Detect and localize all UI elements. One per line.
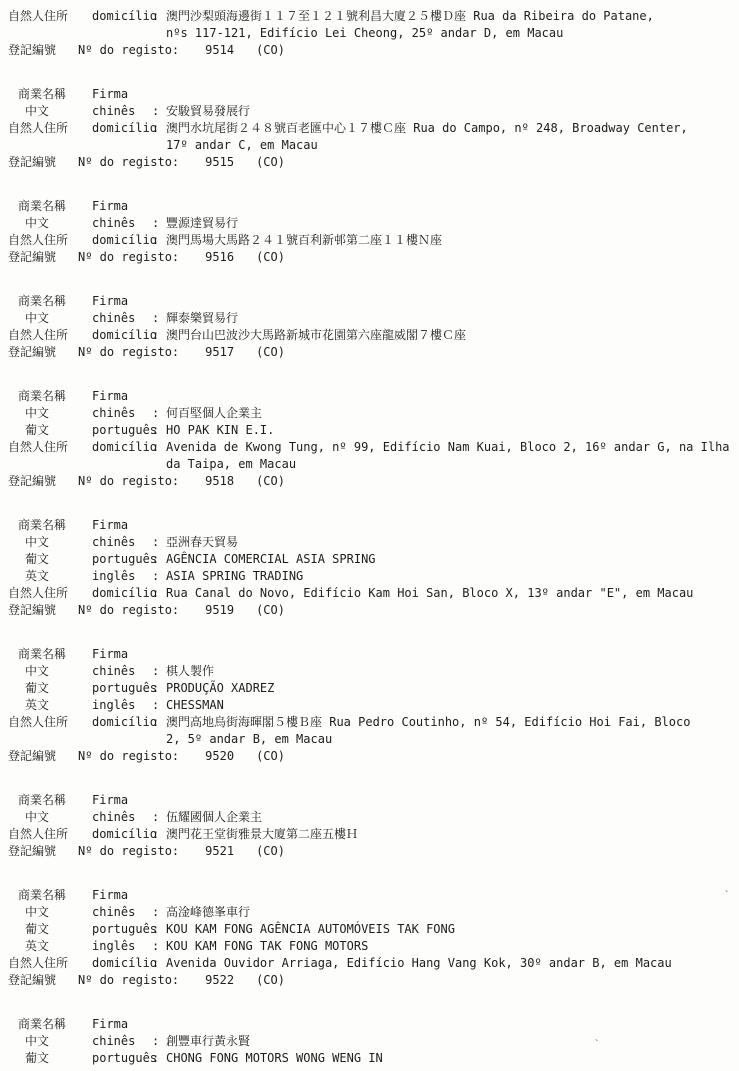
portuguese-name-value: CHONG FONG MOTORS WONG WENG IN [166, 1050, 731, 1067]
value-line: 伍耀國個人企業主 [166, 809, 731, 826]
separator-colon: : [152, 422, 166, 439]
english-name-row-label-zh: 英文 [8, 697, 92, 714]
registration-number-row: 登記編號Nº do registo:9514(CO) [8, 42, 731, 59]
value-line: 澳門水坑尾街２４８號百老匯中心１７樓Ｃ座 Rua do Campo, nº 24… [166, 120, 731, 137]
address-row-label-pt: domicílio [92, 826, 152, 843]
chinese-name-value: 棋人製作 [166, 663, 731, 680]
registration-number: 9515 [205, 154, 234, 171]
separator-colon: : [152, 714, 166, 731]
firma-header-row: 商業名稱Firma [8, 517, 731, 534]
address-row-label-zh: 自然人住所 [8, 439, 92, 456]
address-row-label-zh: 自然人住所 [8, 327, 92, 344]
address-value: Avenida Ouvidor Arriaga, Edifício Hang V… [166, 955, 731, 972]
chinese-name-value: 何百堅個人企業主 [166, 405, 731, 422]
separator-colon: : [152, 215, 166, 232]
chinese-name-row: 中文chinês:何百堅個人企業主 [8, 405, 731, 422]
portuguese-name-row-label-zh: 葡文 [8, 1050, 92, 1067]
address-row: 自然人住所domicílio:澳門馬場大馬路２４１號百利新邨第二座１１樓Ｎ座 [8, 232, 731, 249]
registration-suffix: (CO) [256, 249, 285, 266]
chinese-name-row: 中文chinês:豐源達貿易行 [8, 215, 731, 232]
value-line: 澳門馬場大馬路２４１號百利新邨第二座１１樓Ｎ座 [166, 232, 731, 249]
english-name-value: ASIA SPRING TRADING [166, 568, 731, 585]
chinese-name-value: 創豐車行黃永賢 [166, 1033, 731, 1050]
registration-label-pt: Nº do registo: [78, 972, 179, 989]
address-row-label-zh: 自然人住所 [8, 120, 92, 137]
chinese-name-row: 中文chinês:高淦峰德峯車行 [8, 904, 731, 921]
value-line: 17º andar C, em Macau [166, 137, 731, 154]
chinese-name-row-label-zh: 中文 [8, 310, 92, 327]
value-line: 棋人製作 [166, 663, 731, 680]
registration-number: 9517 [205, 344, 234, 361]
chinese-name-row-label-pt: chinês [92, 534, 152, 551]
registration-number-row: 登記編號Nº do registo:9522(CO) [8, 972, 731, 989]
address-value: 澳門花王堂街雅景大廈第二座五樓Ｈ [166, 826, 731, 843]
firma-header-row: 商業名稱Firma [8, 1016, 731, 1033]
firma-header-row-label-zh: 商業名稱 [8, 388, 92, 405]
firma-header-row-label-pt: Firma [92, 887, 152, 904]
address-row-label-zh: 自然人住所 [8, 8, 92, 25]
value-line: 創豐車行黃永賢 [166, 1033, 731, 1050]
firma-header-row: 商業名稱Firma [8, 293, 731, 310]
separator-colon: : [152, 534, 166, 551]
separator-colon: : [152, 697, 166, 714]
address-row-label-zh: 自然人住所 [8, 714, 92, 731]
address-row: 自然人住所domicílio:澳門花王堂街雅景大廈第二座五樓Ｈ [8, 826, 731, 843]
firma-header-row: 商業名稱Firma [8, 887, 731, 904]
registration-label-pt: Nº do registo: [78, 473, 179, 490]
registry-entry: 商業名稱Firma中文chinês:創豐車行黃永賢葡文português:CHO… [8, 1016, 731, 1067]
separator-colon: : [152, 904, 166, 921]
address-row-label-pt: domicílio [92, 232, 152, 249]
address-row: 自然人住所domicílio:澳門台山巴波沙大馬路新城市花園第六座龍威閣７樓Ｃ座 [8, 327, 731, 344]
registration-number: 9518 [205, 473, 234, 490]
address-row-label-zh: 自然人住所 [8, 585, 92, 602]
english-name-row: 英文inglês:CHESSMAN [8, 697, 731, 714]
address-row-label-zh: 自然人住所 [8, 955, 92, 972]
address-row-label-pt: domicílio [92, 439, 152, 456]
english-name-row: 英文inglês:KOU KAM FONG TAK FONG MOTORS [8, 938, 731, 955]
chinese-name-value: 亞洲春天貿易 [166, 534, 731, 551]
firma-header-row: 商業名稱Firma [8, 646, 731, 663]
value-line: nºs 117-121, Edifício Lei Cheong, 25º an… [166, 25, 731, 42]
english-name-row-label-zh: 英文 [8, 568, 92, 585]
registration-number-row: 登記編號Nº do registo:9520(CO) [8, 748, 731, 765]
portuguese-name-row-label-pt: português [92, 680, 152, 697]
registration-number-row: 登記編號Nº do registo:9519(CO) [8, 602, 731, 619]
address-value: 澳門馬場大馬路２４１號百利新邨第二座１１樓Ｎ座 [166, 232, 731, 249]
separator-colon: : [152, 327, 166, 344]
chinese-name-value: 高淦峰德峯車行 [166, 904, 731, 921]
portuguese-name-value: PRODUÇÃO XADREZ [166, 680, 731, 697]
separator-colon: : [152, 826, 166, 843]
firma-header-row-label-zh: 商業名稱 [8, 1016, 92, 1033]
address-row-label-pt: domicílio [92, 8, 152, 25]
registration-label-zh: 登記編號 [8, 602, 78, 619]
separator-colon: : [152, 921, 166, 938]
registration-label-zh: 登記編號 [8, 843, 78, 860]
separator-colon: : [152, 232, 166, 249]
scan-artifact: ` [594, 1040, 600, 1050]
registry-entry: 商業名稱Firma中文chinês:亞洲春天貿易葡文português:AGÊN… [8, 517, 731, 619]
separator-colon: : [152, 120, 166, 137]
registration-suffix: (CO) [256, 972, 285, 989]
value-line: 澳門高地烏街海暉閣５樓Ｂ座 Rua Pedro Coutinho, nº 54,… [166, 714, 731, 731]
chinese-name-row-label-pt: chinês [92, 1033, 152, 1050]
address-row: 自然人住所domicílio:澳門沙梨頭海邊街１１７至１２１號利昌大廈２５樓Ｄ座… [8, 8, 731, 42]
portuguese-name-row-label-zh: 葡文 [8, 680, 92, 697]
registration-suffix: (CO) [256, 602, 285, 619]
value-line: 安駿貿易發展行 [166, 103, 731, 120]
value-line: CHESSMAN [166, 697, 731, 714]
chinese-name-row-label-pt: chinês [92, 310, 152, 327]
firma-header-row-label-pt: Firma [92, 517, 152, 534]
portuguese-name-row: 葡文português:CHONG FONG MOTORS WONG WENG … [8, 1050, 731, 1067]
registry-entry: 商業名稱Firma中文chinês:輝泰樂貿易行自然人住所domicílio:澳… [8, 293, 731, 361]
registration-label-zh: 登記編號 [8, 154, 78, 171]
separator-colon: : [152, 439, 166, 456]
value-line: KOU KAM FONG TAK FONG MOTORS [166, 938, 731, 955]
value-line: 何百堅個人企業主 [166, 405, 731, 422]
registration-number-row: 登記編號Nº do registo:9517(CO) [8, 344, 731, 361]
firma-header-row-label-pt: Firma [92, 198, 152, 215]
english-name-row: 英文inglês:ASIA SPRING TRADING [8, 568, 731, 585]
chinese-name-row: 中文chinês:安駿貿易發展行 [8, 103, 731, 120]
separator-colon: : [152, 809, 166, 826]
address-row-label-pt: domicílio [92, 955, 152, 972]
registration-label-pt: Nº do registo: [78, 154, 179, 171]
separator-colon: : [152, 1033, 166, 1050]
registry-entry: 商業名稱Firma中文chinês:安駿貿易發展行自然人住所domicílio:… [8, 86, 731, 171]
registration-suffix: (CO) [256, 843, 285, 860]
separator-colon: : [152, 103, 166, 120]
portuguese-name-value: HO PAK KIN E.I. [166, 422, 731, 439]
registration-number-row: 登記編號Nº do registo:9516(CO) [8, 249, 731, 266]
english-name-row-label-pt: inglês [92, 697, 152, 714]
value-line: 高淦峰德峯車行 [166, 904, 731, 921]
chinese-name-value: 安駿貿易發展行 [166, 103, 731, 120]
value-line: HO PAK KIN E.I. [166, 422, 731, 439]
firma-header-row-label-zh: 商業名稱 [8, 293, 92, 310]
firma-header-row-label-zh: 商業名稱 [8, 646, 92, 663]
value-line: KOU KAM FONG AGÊNCIA AUTOMÓVEIS TAK FONG [166, 921, 731, 938]
address-row-label-pt: domicílio [92, 120, 152, 137]
address-value: 澳門沙梨頭海邊街１１７至１２１號利昌大廈２５樓Ｄ座 Rua da Ribeira… [166, 8, 731, 42]
registration-number: 9520 [205, 748, 234, 765]
firma-header-row-label-zh: 商業名稱 [8, 198, 92, 215]
chinese-name-row-label-zh: 中文 [8, 215, 92, 232]
chinese-name-row: 中文chinês:輝泰樂貿易行 [8, 310, 731, 327]
firma-header-row: 商業名稱Firma [8, 792, 731, 809]
registration-number: 9522 [205, 972, 234, 989]
registration-label-zh: 登記編號 [8, 473, 78, 490]
portuguese-name-value: KOU KAM FONG AGÊNCIA AUTOMÓVEIS TAK FONG [166, 921, 731, 938]
value-line: 澳門台山巴波沙大馬路新城市花園第六座龍威閣７樓Ｃ座 [166, 327, 731, 344]
address-row-label-pt: domicílio [92, 714, 152, 731]
portuguese-name-row: 葡文português:AGÊNCIA COMERCIAL ASIA SPRIN… [8, 551, 731, 568]
value-line: AGÊNCIA COMERCIAL ASIA SPRING [166, 551, 731, 568]
chinese-name-row: 中文chinês:棋人製作 [8, 663, 731, 680]
firma-header-row-label-pt: Firma [92, 646, 152, 663]
registration-label-pt: Nº do registo: [78, 42, 179, 59]
value-line: Avenida de Kwong Tung, nº 99, Edifício N… [166, 439, 731, 456]
registration-label-pt: Nº do registo: [78, 748, 179, 765]
value-line: 2, 5º andar B, em Macau [166, 731, 731, 748]
registration-number-row: 登記編號Nº do registo:9515(CO) [8, 154, 731, 171]
registration-number: 9514 [205, 42, 234, 59]
portuguese-name-row-label-zh: 葡文 [8, 921, 92, 938]
address-value: 澳門高地烏街海暉閣５樓Ｂ座 Rua Pedro Coutinho, nº 54,… [166, 714, 731, 748]
firma-header-row-label-pt: Firma [92, 1016, 152, 1033]
portuguese-name-row-label-pt: português [92, 422, 152, 439]
registration-suffix: (CO) [256, 42, 285, 59]
chinese-name-row-label-pt: chinês [92, 103, 152, 120]
registration-number: 9519 [205, 602, 234, 619]
firma-header-row-label-pt: Firma [92, 293, 152, 310]
firma-header-row: 商業名稱Firma [8, 86, 731, 103]
chinese-name-row-label-pt: chinês [92, 809, 152, 826]
separator-colon: : [152, 405, 166, 422]
portuguese-name-row-label-pt: português [92, 551, 152, 568]
chinese-name-row-label-zh: 中文 [8, 405, 92, 422]
registration-label-zh: 登記編號 [8, 344, 78, 361]
registration-label-pt: Nº do registo: [78, 344, 179, 361]
english-name-value: CHESSMAN [166, 697, 731, 714]
separator-colon: : [152, 1050, 166, 1067]
address-row-label-pt: domicílio [92, 327, 152, 344]
chinese-name-row-label-pt: chinês [92, 405, 152, 422]
value-line: PRODUÇÃO XADREZ [166, 680, 731, 697]
firma-header-row-label-zh: 商業名稱 [8, 517, 92, 534]
separator-colon: : [152, 938, 166, 955]
chinese-name-value: 輝泰樂貿易行 [166, 310, 731, 327]
address-row: 自然人住所domicílio:澳門高地烏街海暉閣５樓Ｂ座 Rua Pedro C… [8, 714, 731, 748]
registration-label-zh: 登記編號 [8, 748, 78, 765]
firma-header-row-label-pt: Firma [92, 792, 152, 809]
firma-header-row-label-zh: 商業名稱 [8, 792, 92, 809]
chinese-name-row-label-pt: chinês [92, 215, 152, 232]
chinese-name-row-label-zh: 中文 [8, 1033, 92, 1050]
registry-entry: 商業名稱Firma中文chinês:豐源達貿易行自然人住所domicílio:澳… [8, 198, 731, 266]
portuguese-name-value: AGÊNCIA COMERCIAL ASIA SPRING [166, 551, 731, 568]
registration-suffix: (CO) [256, 748, 285, 765]
value-line: 亞洲春天貿易 [166, 534, 731, 551]
value-line: Avenida Ouvidor Arriaga, Edifício Hang V… [166, 955, 731, 972]
chinese-name-row: 中文chinês:伍耀國個人企業主 [8, 809, 731, 826]
registration-label-pt: Nº do registo: [78, 602, 179, 619]
chinese-name-row-label-zh: 中文 [8, 534, 92, 551]
chinese-name-row-label-pt: chinês [92, 904, 152, 921]
address-row: 自然人住所domicílio:Avenida de Kwong Tung, nº… [8, 439, 731, 473]
registration-number-row: 登記編號Nº do registo:9518(CO) [8, 473, 731, 490]
portuguese-name-row-label-pt: português [92, 921, 152, 938]
address-row: 自然人住所domicílio:Avenida Ouvidor Arriaga, … [8, 955, 731, 972]
chinese-name-row-label-zh: 中文 [8, 904, 92, 921]
registry-entries-list: 自然人住所domicílio:澳門沙梨頭海邊街１１７至１２１號利昌大廈２５樓Ｄ座… [8, 8, 731, 1067]
address-row: 自然人住所domicílio:Rua Canal do Novo, Edifíc… [8, 585, 731, 602]
english-name-value: KOU KAM FONG TAK FONG MOTORS [166, 938, 731, 955]
chinese-name-row: 中文chinês:亞洲春天貿易 [8, 534, 731, 551]
chinese-name-row: 中文chinês:創豐車行黃永賢 [8, 1033, 731, 1050]
separator-colon: : [152, 585, 166, 602]
chinese-name-row-label-zh: 中文 [8, 663, 92, 680]
scan-artifact: ` [724, 891, 730, 901]
registration-label-pt: Nº do registo: [78, 843, 179, 860]
portuguese-name-row: 葡文português:PRODUÇÃO XADREZ [8, 680, 731, 697]
address-value: Rua Canal do Novo, Edifício Kam Hoi San,… [166, 585, 731, 602]
firma-header-row-label-zh: 商業名稱 [8, 887, 92, 904]
registry-entry: 商業名稱Firma中文chinês:棋人製作葡文português:PRODUÇ… [8, 646, 731, 765]
separator-colon: : [152, 955, 166, 972]
scanned-registry-page: 自然人住所domicílio:澳門沙梨頭海邊街１１７至１２１號利昌大廈２５樓Ｄ座… [0, 0, 739, 1071]
value-line: CHONG FONG MOTORS WONG WENG IN [166, 1050, 731, 1067]
registration-number: 9516 [205, 249, 234, 266]
address-row-label-pt: domicílio [92, 585, 152, 602]
separator-colon: : [152, 663, 166, 680]
registration-label-zh: 登記編號 [8, 249, 78, 266]
separator-colon: : [152, 568, 166, 585]
firma-header-row-label-pt: Firma [92, 86, 152, 103]
registration-suffix: (CO) [256, 154, 285, 171]
portuguese-name-row: 葡文português:HO PAK KIN E.I. [8, 422, 731, 439]
address-value: Avenida de Kwong Tung, nº 99, Edifício N… [166, 439, 731, 473]
separator-colon: : [152, 680, 166, 697]
value-line: 澳門沙梨頭海邊街１１７至１２１號利昌大廈２５樓Ｄ座 Rua da Ribeira… [166, 8, 731, 25]
value-line: 豐源達貿易行 [166, 215, 731, 232]
registration-number: 9521 [205, 843, 234, 860]
portuguese-name-row: 葡文português:KOU KAM FONG AGÊNCIA AUTOMÓV… [8, 921, 731, 938]
value-line: ASIA SPRING TRADING [166, 568, 731, 585]
registration-suffix: (CO) [256, 473, 285, 490]
registration-number-row: 登記編號Nº do registo:9521(CO) [8, 843, 731, 860]
english-name-row-label-pt: inglês [92, 938, 152, 955]
address-value: 澳門台山巴波沙大馬路新城市花園第六座龍威閣７樓Ｃ座 [166, 327, 731, 344]
registration-label-zh: 登記編號 [8, 42, 78, 59]
registry-entry: 商業名稱Firma中文chinês:高淦峰德峯車行葡文português:KOU… [8, 887, 731, 989]
value-line: da Taipa, em Macau [166, 456, 731, 473]
address-row: 自然人住所domicílio:澳門水坑尾街２４８號百老匯中心１７樓Ｃ座 Rua … [8, 120, 731, 154]
portuguese-name-row-label-pt: português [92, 1050, 152, 1067]
registration-label-zh: 登記編號 [8, 972, 78, 989]
firma-header-row-label-zh: 商業名稱 [8, 86, 92, 103]
value-line: 輝泰樂貿易行 [166, 310, 731, 327]
registration-label-pt: Nº do registo: [78, 249, 179, 266]
english-name-row-label-zh: 英文 [8, 938, 92, 955]
chinese-name-value: 豐源達貿易行 [166, 215, 731, 232]
registry-entry: 商業名稱Firma中文chinês:何百堅個人企業主葡文português:HO… [8, 388, 731, 490]
address-row-label-zh: 自然人住所 [8, 232, 92, 249]
separator-colon: : [152, 551, 166, 568]
chinese-name-row-label-zh: 中文 [8, 103, 92, 120]
value-line: Rua Canal do Novo, Edifício Kam Hoi San,… [166, 585, 731, 602]
firma-header-row: 商業名稱Firma [8, 198, 731, 215]
english-name-row-label-pt: inglês [92, 568, 152, 585]
address-row-label-zh: 自然人住所 [8, 826, 92, 843]
separator-colon: : [152, 8, 166, 25]
chinese-name-row-label-zh: 中文 [8, 809, 92, 826]
registry-entry: 商業名稱Firma中文chinês:伍耀國個人企業主自然人住所domicílio… [8, 792, 731, 860]
firma-header-row: 商業名稱Firma [8, 388, 731, 405]
firma-header-row-label-pt: Firma [92, 388, 152, 405]
registry-entry: 自然人住所domicílio:澳門沙梨頭海邊街１１７至１２１號利昌大廈２５樓Ｄ座… [8, 8, 731, 59]
address-value: 澳門水坑尾街２４８號百老匯中心１７樓Ｃ座 Rua do Campo, nº 24… [166, 120, 731, 154]
portuguese-name-row-label-zh: 葡文 [8, 551, 92, 568]
separator-colon: : [152, 310, 166, 327]
value-line: 澳門花王堂街雅景大廈第二座五樓Ｈ [166, 826, 731, 843]
chinese-name-value: 伍耀國個人企業主 [166, 809, 731, 826]
chinese-name-row-label-pt: chinês [92, 663, 152, 680]
registration-suffix: (CO) [256, 344, 285, 361]
portuguese-name-row-label-zh: 葡文 [8, 422, 92, 439]
